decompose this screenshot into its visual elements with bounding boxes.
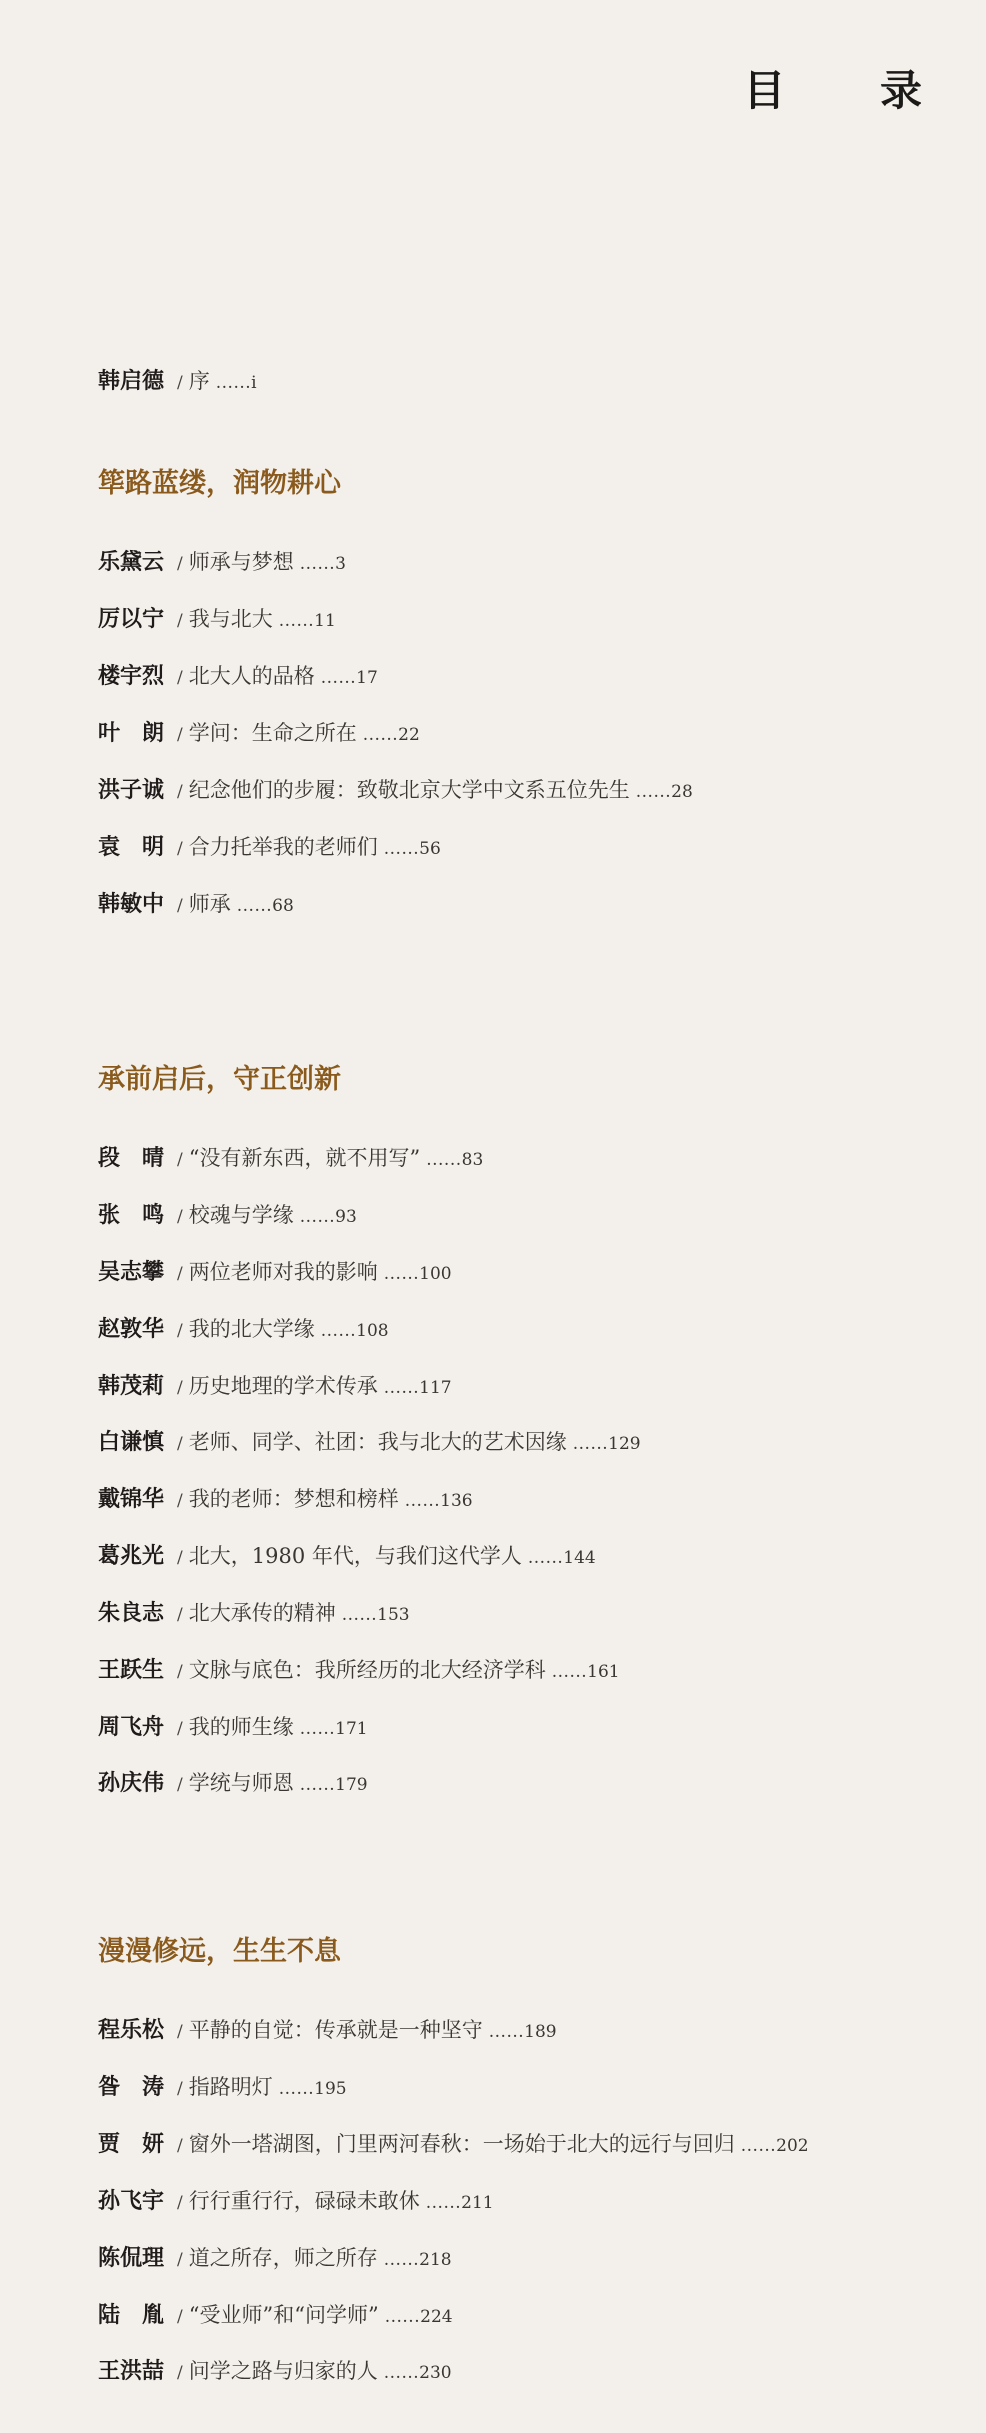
entry-author: 王跃生 [98, 1655, 171, 1685]
entry-page-number: 224 [420, 2307, 452, 2327]
toc-entry[interactable]: 陆 胤/“受业师”和“问学师”......224 [98, 2300, 453, 2330]
entry-leader-dots: ...... [342, 1605, 377, 1625]
toc-entry[interactable]: 张 鸣/校魂与学缘......93 [98, 1200, 357, 1230]
entry-author: 厉以宁 [98, 604, 171, 634]
entry-author: 袁 明 [98, 832, 171, 862]
entry-leader-dots: ...... [426, 1150, 461, 1170]
toc-entry[interactable]: 陈侃理/道之所存，师之所存......218 [98, 2243, 452, 2273]
entry-title: 师承与梦想 [189, 550, 294, 574]
entry-leader-dots: ...... [552, 1662, 587, 1682]
entry-title: 道之所存，师之所存 [189, 2246, 378, 2270]
entry-leader-dots: ...... [528, 1548, 563, 1568]
entry-leader-dots: ...... [384, 1264, 419, 1284]
entry-title: 历史地理的学术传承 [189, 1374, 378, 1398]
entry-author: 赵敦华 [98, 1314, 171, 1344]
entry-separator: / [177, 1548, 183, 1568]
toc-entry[interactable]: 王洪喆/问学之路与归家的人......230 [98, 2356, 452, 2386]
entry-title: 校魂与学缘 [189, 1203, 294, 1227]
entry-separator: / [177, 1207, 183, 1227]
entry-leader-dots: ...... [384, 2363, 419, 2383]
entry-separator: / [177, 1434, 183, 1454]
entry-leader-dots: ...... [321, 668, 356, 688]
entry-leader-dots: ...... [426, 2193, 461, 2213]
entry-title: 窗外一塔湖图，门里两河春秋：一场始于北大的远行与回归 [189, 2132, 735, 2156]
entry-title: 我的师生缘 [189, 1715, 294, 1739]
entry-author: 叶 朗 [98, 718, 171, 748]
entry-page-number: 93 [335, 1207, 357, 1227]
entry-separator: / [177, 2022, 183, 2042]
entry-title: 纪念他们的步履：致敬北京大学中文系五位先生 [189, 778, 630, 802]
entry-author: 张 鸣 [98, 1200, 171, 1230]
toc-entry[interactable]: 贾 妍/窗外一塔湖图，门里两河春秋：一场始于北大的远行与回归......202 [98, 2129, 809, 2159]
entry-title: 我的老师：梦想和榜样 [189, 1487, 399, 1511]
entry-title: 学统与师恩 [189, 1771, 294, 1795]
entry-page-number: 179 [335, 1775, 367, 1795]
entry-author: 韩敏中 [98, 889, 171, 919]
entry-author: 葛兆光 [98, 1541, 171, 1571]
entry-title: 北大承传的精神 [189, 1601, 336, 1625]
entry-leader-dots: ...... [300, 1207, 335, 1227]
entry-author: 楼宇烈 [98, 661, 171, 691]
section-heading-3: 漫漫修远，生生不息 [98, 1934, 341, 1970]
toc-entry[interactable]: 赵敦华/我的北大学缘......108 [98, 1314, 389, 1344]
entry-leader-dots: ...... [300, 1719, 335, 1739]
toc-entry[interactable]: 朱良志/北大承传的精神......153 [98, 1598, 410, 1628]
entry-page-number: i [251, 373, 256, 393]
toc-entry[interactable]: 戴锦华/我的老师：梦想和榜样......136 [98, 1484, 473, 1514]
entry-leader-dots: ...... [321, 1321, 356, 1341]
entry-page-number: 129 [608, 1434, 640, 1454]
entry-title: 文脉与底色：我所经历的北大经济学科 [189, 1658, 546, 1682]
entry-author: 陆 胤 [98, 2300, 171, 2330]
entry-title: 行行重行行，碌碌未敢休 [189, 2189, 420, 2213]
entry-separator: / [177, 2363, 183, 2383]
entry-separator: / [177, 611, 183, 631]
entry-separator: / [177, 373, 183, 393]
entry-title: 北大人的品格 [189, 664, 315, 688]
entry-author: 戴锦华 [98, 1484, 171, 1514]
entry-page-number: 211 [461, 2193, 493, 2213]
entry-leader-dots: ...... [216, 373, 251, 393]
entry-leader-dots: ...... [237, 896, 272, 916]
entry-page-number: 22 [398, 725, 420, 745]
entry-separator: / [177, 2079, 183, 2099]
entry-author: 朱良志 [98, 1598, 171, 1628]
entry-author: 陈侃理 [98, 2243, 171, 2273]
entry-author: 乐黛云 [98, 547, 171, 577]
entry-page-number: 68 [272, 896, 294, 916]
toc-entry[interactable]: 叶 朗/学问：生命之所在......22 [98, 718, 420, 748]
toc-entry[interactable]: 袁 明/合力托举我的老师们......56 [98, 832, 441, 862]
toc-entry[interactable]: 乐黛云/师承与梦想......3 [98, 547, 346, 577]
entry-separator: / [177, 1321, 183, 1341]
entry-separator: / [177, 1378, 183, 1398]
entry-title: 老师、同学、社团：我与北大的艺术因缘 [189, 1430, 567, 1454]
entry-title: 北大，1980 年代，与我们这代学人 [189, 1544, 522, 1568]
entry-separator: / [177, 1719, 183, 1739]
entry-leader-dots: ...... [385, 2307, 420, 2327]
section-heading-1: 筚路蓝缕，润物耕心 [98, 466, 341, 502]
entry-page-number: 83 [462, 1150, 484, 1170]
entry-page-number: 17 [356, 668, 378, 688]
toc-entry[interactable]: 葛兆光/北大，1980 年代，与我们这代学人......144 [98, 1541, 596, 1571]
entry-separator: / [177, 554, 183, 574]
entry-page-number: 136 [440, 1491, 472, 1511]
entry-page-number: 3 [335, 554, 346, 574]
entry-title: “受业师”和“问学师” [189, 2303, 379, 2327]
toc-entry[interactable]: 程乐松/平静的自觉：传承就是一种坚守......189 [98, 2015, 557, 2045]
section-heading-2: 承前启后，守正创新 [98, 1062, 341, 1098]
entry-leader-dots: ...... [573, 1434, 608, 1454]
entry-separator: / [177, 1491, 183, 1511]
entry-author: 洪子诚 [98, 775, 171, 805]
entry-title: 平静的自觉：传承就是一种坚守 [189, 2018, 483, 2042]
toc-entry[interactable]: 孙飞宇/行行重行行，碌碌未敢休......211 [98, 2186, 494, 2216]
entry-author: 昝 涛 [98, 2072, 171, 2102]
toc-entry[interactable]: 王跃生/文脉与底色：我所经历的北大经济学科......161 [98, 1655, 620, 1685]
entry-page-number: 153 [377, 1605, 409, 1625]
entry-title: 序 [189, 369, 210, 393]
entry-page-number: 202 [776, 2136, 808, 2156]
entry-separator: / [177, 782, 183, 802]
entry-page-number: 161 [587, 1662, 619, 1682]
entry-separator: / [177, 1775, 183, 1795]
entry-separator: / [177, 668, 183, 688]
entry-page-number: 218 [419, 2250, 451, 2270]
entry-page-number: 230 [419, 2363, 451, 2383]
entry-author: 白谦慎 [98, 1427, 171, 1457]
toc-entry[interactable]: 吴志攀/两位老师对我的影响......100 [98, 1257, 452, 1287]
entry-leader-dots: ...... [279, 2079, 314, 2099]
entry-title: 指路明灯 [189, 2075, 273, 2099]
entry-author: 段 晴 [98, 1143, 171, 1173]
toc-entry[interactable]: 白谦慎/老师、同学、社团：我与北大的艺术因缘......129 [98, 1427, 641, 1457]
entry-separator: / [177, 2250, 183, 2270]
entry-leader-dots: ...... [300, 1775, 335, 1795]
entry-leader-dots: ...... [384, 839, 419, 859]
entry-title: 合力托举我的老师们 [189, 835, 378, 859]
entry-page-number: 195 [314, 2079, 346, 2099]
toc-entry[interactable]: 洪子诚/纪念他们的步履：致敬北京大学中文系五位先生......28 [98, 775, 693, 805]
entry-leader-dots: ...... [489, 2022, 524, 2042]
entry-author: 韩启德 [98, 366, 171, 396]
entry-page-number: 108 [356, 1321, 388, 1341]
entry-page-number: 171 [335, 1719, 367, 1739]
toc-entry[interactable]: 孙庆伟/学统与师恩......179 [98, 1768, 368, 1798]
entry-leader-dots: ...... [741, 2136, 776, 2156]
entry-separator: / [177, 839, 183, 859]
toc-entry[interactable]: 厉以宁/我与北大......11 [98, 604, 336, 634]
entry-author: 贾 妍 [98, 2129, 171, 2159]
entry-leader-dots: ...... [279, 611, 314, 631]
entry-page-number: 117 [419, 1378, 451, 1398]
entry-separator: / [177, 1264, 183, 1284]
toc-entry[interactable]: 韩茂莉/历史地理的学术传承......117 [98, 1371, 452, 1401]
entry-author: 吴志攀 [98, 1257, 171, 1287]
entry-separator: / [177, 1662, 183, 1682]
entry-separator: / [177, 1605, 183, 1625]
entry-page-number: 28 [671, 782, 693, 802]
entry-separator: / [177, 896, 183, 916]
entry-separator: / [177, 1150, 183, 1170]
entry-author: 孙庆伟 [98, 1768, 171, 1798]
entry-leader-dots: ...... [636, 782, 671, 802]
entry-leader-dots: ...... [384, 2250, 419, 2270]
entry-title: “没有新东西，就不用写” [189, 1146, 420, 1170]
entry-page-number: 11 [314, 611, 336, 631]
entry-title: 问学之路与归家的人 [189, 2359, 378, 2383]
entry-author: 王洪喆 [98, 2356, 171, 2386]
toc-entry[interactable]: 昝 涛/指路明灯......195 [98, 2072, 347, 2102]
page-title: 目 录 [743, 70, 962, 112]
entry-leader-dots: ...... [405, 1491, 440, 1511]
entry-title: 师承 [189, 892, 231, 916]
entry-separator: / [177, 725, 183, 745]
entry-separator: / [177, 2193, 183, 2213]
entry-page-number: 100 [419, 1264, 451, 1284]
entry-page-number: 144 [563, 1548, 595, 1568]
entry-page-number: 56 [419, 839, 441, 859]
entry-author: 程乐松 [98, 2015, 171, 2045]
toc-entry[interactable]: 韩敏中/师承......68 [98, 889, 294, 919]
entry-title: 我的北大学缘 [189, 1317, 315, 1341]
entry-author: 孙飞宇 [98, 2186, 171, 2216]
toc-entry[interactable]: 段 晴/“没有新东西，就不用写”......83 [98, 1143, 483, 1173]
entry-title: 学问：生命之所在 [189, 721, 357, 745]
entry-leader-dots: ...... [363, 725, 398, 745]
entry-separator: / [177, 2136, 183, 2156]
entry-separator: / [177, 2307, 183, 2327]
entry-leader-dots: ...... [300, 554, 335, 574]
toc-entry-preface[interactable]: 韩启德/序......i [98, 366, 257, 396]
toc-entry[interactable]: 周飞舟/我的师生缘......171 [98, 1712, 368, 1742]
entry-author: 周飞舟 [98, 1712, 171, 1742]
entry-title: 两位老师对我的影响 [189, 1260, 378, 1284]
entry-page-number: 189 [524, 2022, 556, 2042]
entry-title: 我与北大 [189, 607, 273, 631]
entry-leader-dots: ...... [384, 1378, 419, 1398]
toc-entry[interactable]: 楼宇烈/北大人的品格......17 [98, 661, 378, 691]
entry-author: 韩茂莉 [98, 1371, 171, 1401]
